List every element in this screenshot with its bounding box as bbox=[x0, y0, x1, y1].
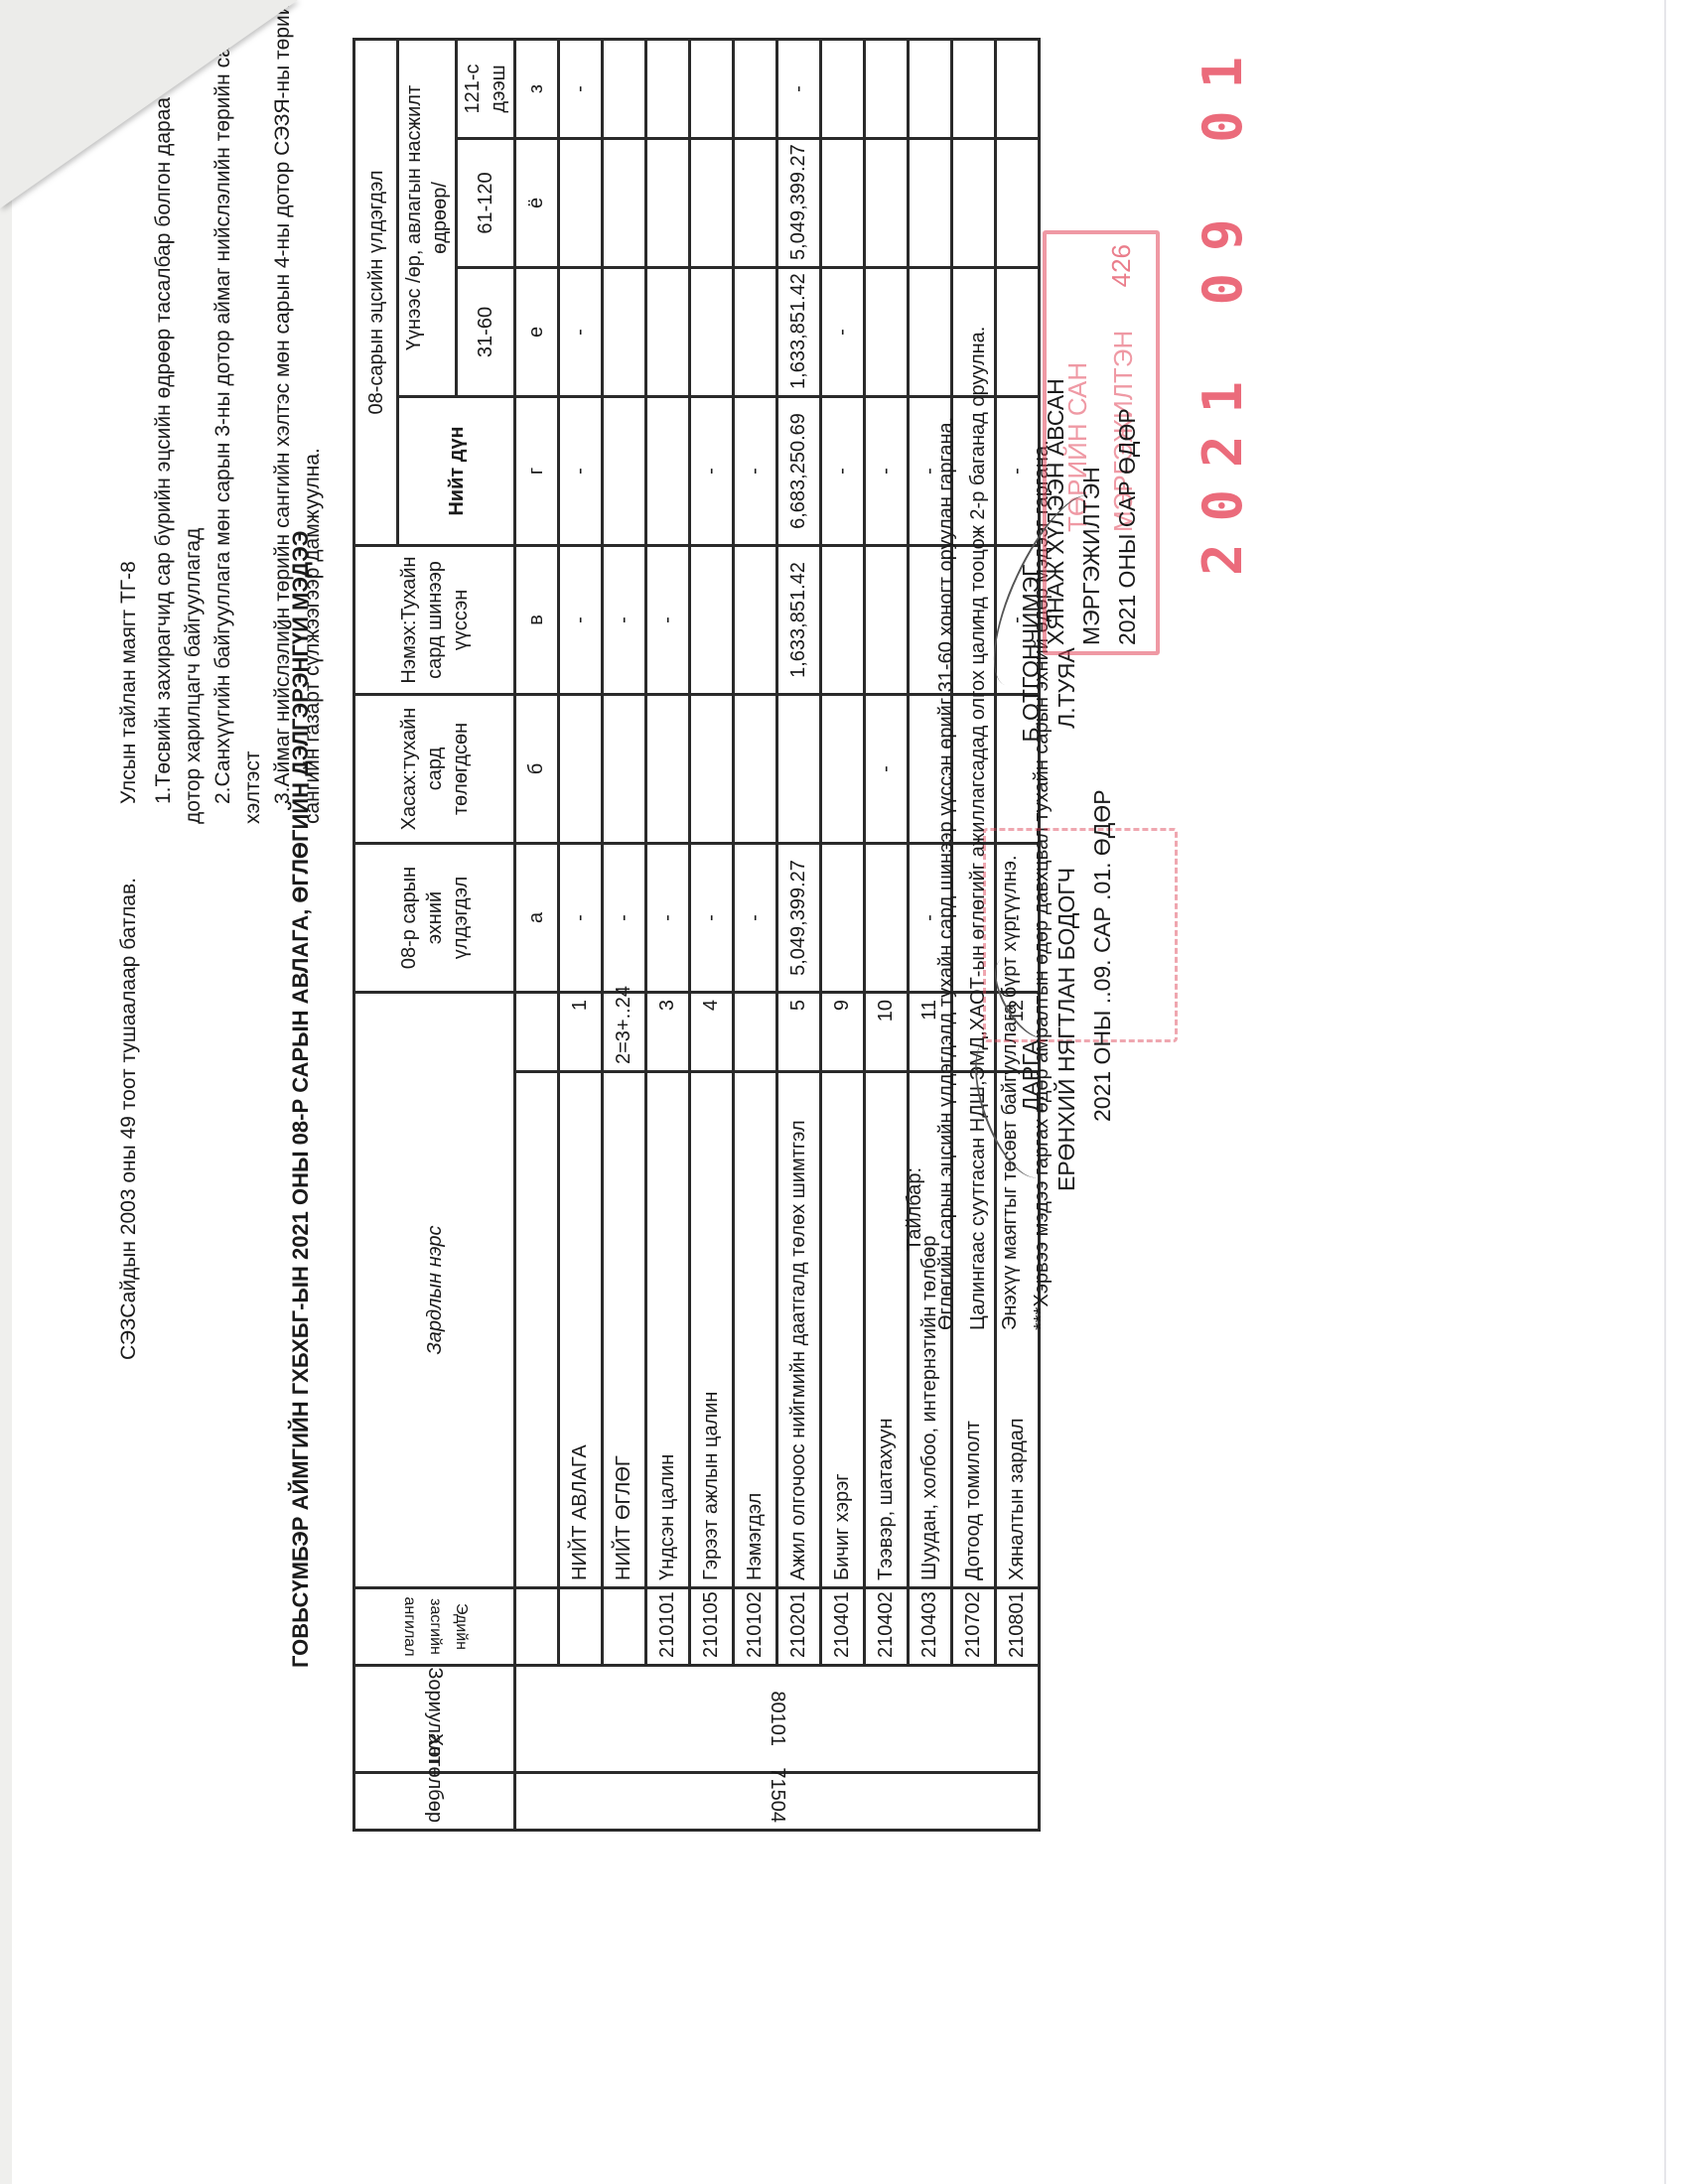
table-row: НИЙТ АВЛАГА1----- bbox=[559, 39, 603, 1830]
stamp-number: 426 bbox=[1106, 244, 1137, 287]
value-cell-b bbox=[690, 694, 734, 843]
value-cell-g bbox=[603, 396, 646, 545]
review-line: 2021 ОНЫ САР ӨДӨР bbox=[1109, 378, 1145, 645]
value-cell-e bbox=[734, 267, 777, 396]
value-cell-yo bbox=[865, 138, 909, 267]
value-cell-yo bbox=[734, 138, 777, 267]
value-cell-z bbox=[734, 39, 777, 138]
value-cell-yo bbox=[909, 138, 952, 267]
column-letter: б bbox=[515, 694, 559, 843]
value-cell-g: - bbox=[734, 396, 777, 545]
header-aging: Үүнээс /өр, авлагын насжилт өдрөөр/ bbox=[398, 39, 457, 396]
value-cell-z bbox=[865, 39, 909, 138]
value-cell-b bbox=[646, 694, 690, 843]
value-cell-yo bbox=[646, 138, 690, 267]
value-cell-z bbox=[909, 39, 952, 138]
value-cell-g: - bbox=[559, 396, 603, 545]
program-code: 71504 bbox=[515, 1773, 1040, 1831]
value-cell-a: - bbox=[603, 843, 646, 992]
economic-code: 210403 bbox=[909, 1588, 952, 1666]
header-aging-121: 121-с дээш bbox=[457, 39, 515, 138]
signature-date: 2021 ОНЫ ..09. САР .01. ӨДӨР bbox=[1084, 564, 1120, 1191]
value-cell-z bbox=[646, 39, 690, 138]
expense-name: Нэмэгдэл bbox=[734, 1072, 777, 1588]
value-cell-g: - bbox=[821, 396, 865, 545]
line-number: 2=3+..24 bbox=[603, 992, 646, 1071]
value-cell-yo bbox=[821, 138, 865, 267]
value-cell-b bbox=[603, 694, 646, 843]
value-cell-a bbox=[821, 843, 865, 992]
column-letter: з bbox=[515, 39, 559, 138]
header-economic-class: Эдийн засгийн ангилал bbox=[354, 1588, 515, 1666]
table-row: НИЙТ ӨГЛӨГ2=3+..24-- bbox=[603, 39, 646, 1830]
value-cell-a: - bbox=[646, 843, 690, 992]
value-cell-b bbox=[734, 694, 777, 843]
value-cell-v bbox=[734, 545, 777, 694]
line-number: 1 bbox=[559, 992, 603, 1071]
letters-row: 7150480101абвгеёз bbox=[515, 39, 559, 1830]
column-letter: а bbox=[515, 843, 559, 992]
document-page: СЭЗСайдын 2003 оны 49 тоот тушаалаар бат… bbox=[0, 0, 1688, 2184]
folded-corner bbox=[0, 0, 298, 208]
value-cell-e: - bbox=[559, 267, 603, 396]
value-cell-yo bbox=[996, 138, 1040, 267]
header-aging-61-120: 61-120 bbox=[457, 138, 515, 267]
value-cell-yo: 5,049,399.27 bbox=[777, 138, 821, 267]
column-letter: ё bbox=[515, 138, 559, 267]
line-number bbox=[734, 992, 777, 1071]
value-cell-v: - bbox=[603, 545, 646, 694]
value-cell-z bbox=[996, 39, 1040, 138]
accountant-name: Л.ТУЯА bbox=[1054, 647, 1079, 729]
value-cell-z bbox=[603, 39, 646, 138]
header-end-balance: 08-сарын эцсийн үлдэгдэл bbox=[354, 39, 398, 545]
form-id: Улсын тайлан маягт ТГ-8 bbox=[117, 561, 141, 804]
value-cell-b bbox=[821, 694, 865, 843]
header-expense-name: Зардлын нэрс bbox=[354, 992, 515, 1587]
table-row: 210201Ажил олгочоос нийгмийн даатгалд тө… bbox=[777, 39, 821, 1830]
value-cell-e: - bbox=[821, 267, 865, 396]
value-cell-b bbox=[777, 694, 821, 843]
value-cell-v: - bbox=[559, 545, 603, 694]
expense-name: Гэрээт ажлын цалин bbox=[690, 1072, 734, 1588]
value-cell-v bbox=[821, 545, 865, 694]
header-aging-31-60: 31-60 bbox=[457, 267, 515, 396]
footnote-line: Өглөгийн сарын эцсийн үлдэгдэлд тухайн с… bbox=[930, 327, 962, 1330]
value-cell-a: - bbox=[734, 843, 777, 992]
economic-code: 210105 bbox=[690, 1588, 734, 1666]
purpose-code: 80101 bbox=[515, 1666, 1040, 1773]
header-start-balance: 08-р сарын эхний үлдэгдэл bbox=[354, 843, 515, 992]
value-cell-g: - bbox=[690, 396, 734, 545]
header-purpose: Зориулалт bbox=[354, 1666, 515, 1773]
value-cell-z bbox=[952, 39, 996, 138]
value-cell-v: - bbox=[646, 545, 690, 694]
expense-name: НИЙТ АВЛАГА bbox=[559, 1072, 603, 1588]
value-cell-z bbox=[690, 39, 734, 138]
value-cell-a: - bbox=[559, 843, 603, 992]
expense-name: Үндсэн цалин bbox=[646, 1072, 690, 1588]
economic-code: 210402 bbox=[865, 1588, 909, 1666]
table-row: 210102Нэмэгдэл-- bbox=[734, 39, 777, 1830]
value-cell-a: 5,049,399.27 bbox=[777, 843, 821, 992]
header-new: Нэмэх:Тухайн сард шинээр үүссэн bbox=[354, 545, 515, 694]
expense-name: Бичиг хэрэг bbox=[821, 1072, 865, 1588]
document-title: ГОВЬСҮМБЭР АЙМГИЙН ГХБХБГ-ЫН 2021 ОНЫ 08… bbox=[288, 531, 314, 1668]
economic-code bbox=[603, 1588, 646, 1666]
approval-note: СЭЗСайдын 2003 оны 49 тоот тушаалаар бат… bbox=[117, 878, 141, 1360]
economic-code: 210801 bbox=[996, 1588, 1040, 1666]
accountant-title: ЕРӨНХИЙ НЯГТЛАН БОДОГЧ bbox=[1054, 868, 1079, 1191]
value-cell-g: 6,683,250.69 bbox=[777, 396, 821, 545]
header-paid: Хасах:тухайн сард төлөгдсөн bbox=[354, 694, 515, 843]
value-cell-z bbox=[821, 39, 865, 138]
header-total: Нийт дүн bbox=[398, 396, 515, 545]
economic-code: 210201 bbox=[777, 1588, 821, 1666]
value-cell-a: - bbox=[690, 843, 734, 992]
value-cell-v: 1,633,851.42 bbox=[777, 545, 821, 694]
value-cell-yo bbox=[690, 138, 734, 267]
table-row: 210105Гэрээт ажлын цалин4-- bbox=[690, 39, 734, 1830]
economic-code: 210702 bbox=[952, 1588, 996, 1666]
economic-code: 210401 bbox=[821, 1588, 865, 1666]
value-cell-e bbox=[603, 267, 646, 396]
column-letter: г bbox=[515, 396, 559, 545]
line-number: 3 bbox=[646, 992, 690, 1071]
header-program: Хөтөлбөр bbox=[354, 1773, 515, 1831]
line-number: 5 bbox=[777, 992, 821, 1071]
value-cell-b bbox=[559, 694, 603, 843]
economic-code bbox=[559, 1588, 603, 1666]
footnote-label: Тайлбар: bbox=[899, 327, 930, 1330]
value-cell-g bbox=[646, 396, 690, 545]
line-number: 9 bbox=[821, 992, 865, 1071]
value-cell-e bbox=[646, 267, 690, 396]
economic-code: 210101 bbox=[646, 1588, 690, 1666]
expense-name: НИЙТ ӨГЛӨГ bbox=[603, 1072, 646, 1588]
table-row: 210101Үндсэн цалин3-- bbox=[646, 39, 690, 1830]
line-number: 4 bbox=[690, 992, 734, 1071]
value-cell-yo bbox=[559, 138, 603, 267]
economic-code: 210102 bbox=[734, 1588, 777, 1666]
column-letter: е bbox=[515, 267, 559, 396]
value-cell-yo bbox=[603, 138, 646, 267]
value-cell-z: - bbox=[777, 39, 821, 138]
date-stamp: 2021 09 01 bbox=[1192, 35, 1254, 576]
table-row: 210401Бичиг хэрэг9-- bbox=[821, 39, 865, 1830]
expense-name: Ажил олгочоос нийгмийн даатгалд төлөх ши… bbox=[777, 1072, 821, 1588]
column-letter: в bbox=[515, 545, 559, 694]
value-cell-yo bbox=[952, 138, 996, 267]
value-cell-e bbox=[690, 267, 734, 396]
value-cell-v bbox=[690, 545, 734, 694]
value-cell-z: - bbox=[559, 39, 603, 138]
value-cell-e: 1,633,851.42 bbox=[777, 267, 821, 396]
